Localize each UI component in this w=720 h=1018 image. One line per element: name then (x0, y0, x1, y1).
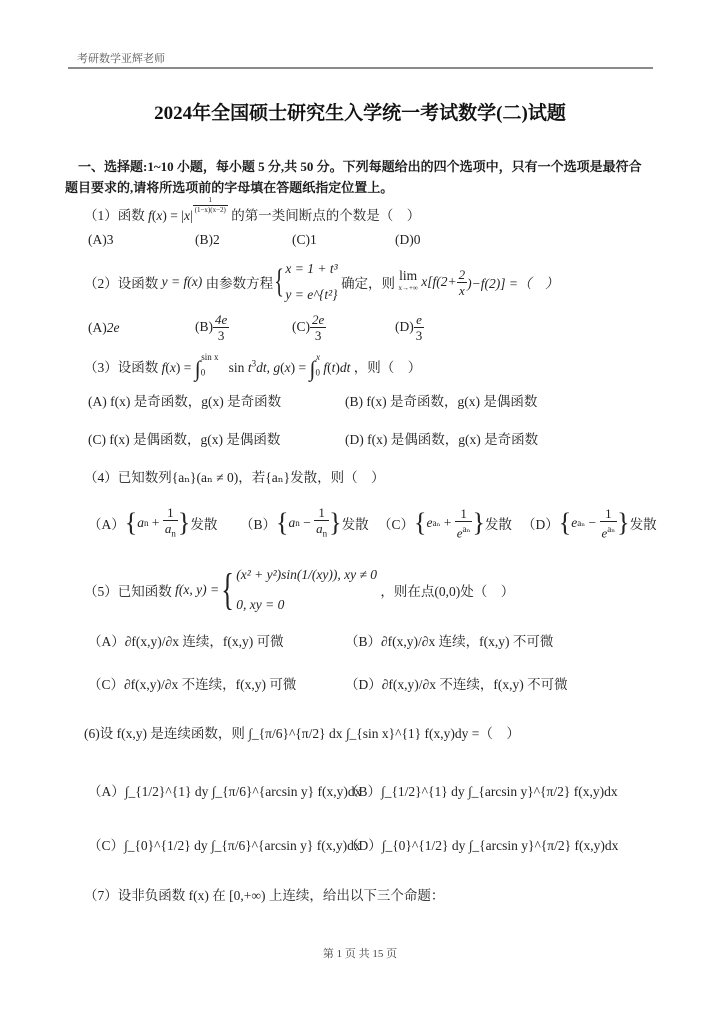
option-value: 2e (107, 320, 120, 336)
q2-option-b[interactable]: (B)4e3 (195, 308, 229, 346)
section-instructions: 一、选择题:1~10 小题，每小题 5 分,共 50 分。下列每题给出的四个选项… (78, 156, 668, 198)
page-number: 第 1 页 共 15 页 (0, 945, 720, 961)
exponent-denominator: (1−x)(x−2) (193, 206, 228, 215)
q3-option-b[interactable]: (B) f(x) 是奇函数，g(x) 是偶函数 (345, 390, 537, 410)
question-1: （1）函数 f(x) = |x|1(1−x)(x−2) 的第一类间断点的个数是（… (84, 204, 420, 224)
question-number: （7） (84, 888, 118, 903)
option-label: (D) (395, 319, 414, 335)
piecewise-cases: (x² + y²)sin(1/(xy)), xy ≠ 0 0, xy = 0 (236, 560, 377, 620)
option-suffix: 发散 (190, 513, 217, 533)
q6-option-b[interactable]: （B）∫_{1/2}^{1} dy ∫_{arcsin y}^{π/2} f(x… (345, 780, 618, 800)
q5-option-d[interactable]: （D）∂f(x,y)/∂x 不连续，f(x,y) 不可微 (345, 673, 568, 693)
frac-denominator: 3 (213, 328, 229, 343)
q4-option-b[interactable]: （B） {an − 1an} 发散 (240, 502, 369, 544)
q4-option-c[interactable]: （C） {eaₙ + 1eaₙ} 发散 (378, 502, 512, 544)
exponent-numerator: 1 (193, 196, 228, 206)
q2-option-a[interactable]: (A)2e (88, 312, 120, 344)
question-number: (6) (84, 726, 100, 741)
function-expr: f(x, y) = (175, 582, 219, 598)
question-text: 设 f(x,y) 是连续函数，则 ∫_{π/6}^{π/2} dx ∫_{sin… (100, 726, 520, 741)
question-3: （3）设函数 f(x) = ∫0sin x sin t3dt, g(x) = ∫… (84, 352, 421, 382)
question-number: （4） (84, 470, 118, 485)
question-2: （2）设函数 y = f(x) 由参数方程 { x = 1 + t³ y = e… (84, 258, 558, 306)
frac-numerator: 4e (213, 312, 229, 328)
option-suffix: 发散 (342, 513, 369, 533)
q5-option-b[interactable]: （B）∂f(x,y)/∂x 连续，f(x,y) 不可微 (345, 630, 553, 650)
frac-denominator: 3 (310, 328, 326, 343)
case-2: 0, xy = 0 (236, 590, 377, 620)
q1-option-a[interactable]: (A)3 (88, 232, 114, 248)
option-suffix: 发散 (630, 513, 657, 533)
limit-expr: x[f(2+ (421, 274, 456, 290)
question-text: 设非负函数 f(x) 在 [0,+∞) 上连续，给出以下三个命题： (118, 888, 445, 903)
question-number: （1） (84, 208, 118, 223)
q1-option-c[interactable]: (C)1 (292, 232, 317, 248)
section-line-1: 一、选择题:1~10 小题，每小题 5 分,共 50 分。下列每题给出的四个选项… (78, 159, 642, 174)
q6-option-d[interactable]: （D）∫_{0}^{1/2} dy ∫_{arcsin y}^{π/2} f(x… (345, 834, 618, 854)
question-6: (6)设 f(x,y) 是连续函数，则 ∫_{π/6}^{π/2} dx ∫_{… (84, 722, 520, 742)
function-expr: y = f(x) (162, 274, 203, 290)
frac-denominator: x (457, 283, 468, 298)
question-text: 已知函数 (118, 580, 172, 600)
case-2: y = e^{t²} (285, 282, 337, 308)
left-brace-icon: { (274, 265, 284, 299)
frac-numerator: e (414, 312, 425, 328)
section-line-2: 题目要求的,请将所选项前的字母填在答题纸指定位置上。 (65, 177, 668, 198)
option-label: (A) (88, 320, 107, 336)
q5-option-c[interactable]: （C）∂f(x,y)/∂x 不连续，f(x,y) 可微 (88, 673, 296, 693)
q1-option-d[interactable]: (D)0 (395, 232, 421, 248)
question-number: （2） (84, 272, 118, 292)
question-text: 已知数列{aₙ}(aₙ ≠ 0)，若{aₙ}发散，则（ ） (118, 470, 385, 485)
q6-option-a[interactable]: （A）∫_{1/2}^{1} dy ∫_{π/6}^{arcsin y} f(x… (88, 780, 361, 800)
question-text: 由参数方程 (206, 272, 274, 292)
left-brace-icon: { (221, 573, 234, 607)
q2-option-c[interactable]: (C)2e3 (292, 308, 326, 346)
q3-option-d[interactable]: (D) f(x) 是偶函数，g(x) 是奇函数 (345, 428, 538, 448)
q4-option-d[interactable]: （D） {eaₙ − 1eaₙ} 发散 (522, 502, 657, 544)
q2-option-d[interactable]: (D)e3 (395, 308, 424, 346)
question-text: 函数 (118, 208, 145, 223)
option-suffix: 发散 (485, 513, 512, 533)
page-title: 2024年全国硕士研究生入学统一考试数学(二)试题 (0, 98, 720, 125)
option-label: （D） (522, 513, 559, 533)
limit-operator: limx→+∞ (398, 270, 417, 294)
q3-option-a[interactable]: (A) f(x) 是奇函数，g(x) 是奇函数 (88, 390, 281, 410)
frac-denominator: 3 (414, 328, 425, 343)
q6-option-c[interactable]: （C）∫_{0}^{1/2} dy ∫_{π/6}^{arcsin y} f(x… (88, 834, 361, 854)
question-5: （5）已知函数 f(x, y) = { (x² + y²)sin(1/(xy))… (84, 560, 514, 620)
q1-option-b[interactable]: (B)2 (195, 232, 220, 248)
option-label: （A） (88, 513, 125, 533)
frac-numerator: 2 (457, 267, 468, 283)
question-text: 设函数 (118, 272, 159, 292)
question-text: ，则在点(0,0)处（ ） (380, 580, 514, 600)
limit-expr: )−f(2)] =（ ） (467, 272, 558, 292)
case-1: x = 1 + t³ (285, 256, 337, 282)
question-number: （3） (84, 360, 118, 375)
question-number: （5） (84, 580, 118, 600)
q4-option-a[interactable]: （A） {an + 1an} 发散 (88, 502, 217, 544)
limit-subscript: x→+∞ (398, 282, 417, 294)
option-label: （C） (378, 513, 414, 533)
option-label: (C) (292, 319, 310, 335)
option-label: （B） (240, 513, 276, 533)
question-text: 的第一类间断点的个数是（ ） (231, 208, 420, 223)
question-text: 设函数 (118, 360, 159, 375)
frac-numerator: 2e (310, 312, 326, 328)
header-author: 考研数学亚辉老师 (77, 50, 165, 66)
header-divider (68, 67, 653, 69)
question-7: （7）设非负函数 f(x) 在 [0,+∞) 上连续，给出以下三个命题： (84, 884, 444, 904)
q3-option-c[interactable]: (C) f(x) 是偶函数，g(x) 是偶函数 (88, 428, 280, 448)
case-1: (x² + y²)sin(1/(xy)), xy ≠ 0 (236, 560, 377, 590)
q5-option-a[interactable]: （A）∂f(x,y)/∂x 连续，f(x,y) 可微 (88, 630, 284, 650)
question-text: 确定，则 (341, 272, 395, 292)
parametric-cases: x = 1 + t³ y = e^{t²} (285, 256, 337, 308)
question-4: （4）已知数列{aₙ}(aₙ ≠ 0)，若{aₙ}发散，则（ ） (84, 466, 385, 486)
option-label: (B) (195, 319, 213, 335)
question-text: ，则（ ） (354, 360, 422, 375)
